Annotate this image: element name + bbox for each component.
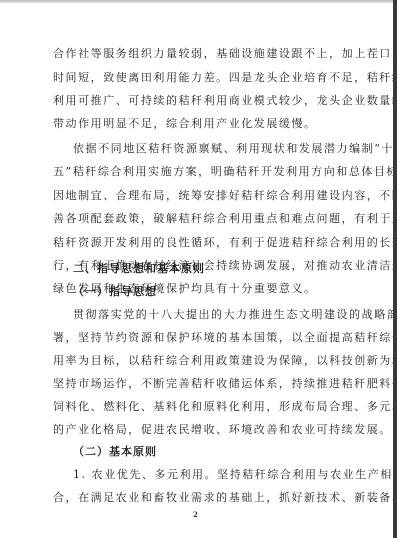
body-text-line: 的产业化格局，促进农民增收、环境改善和农业可持续发展。 bbox=[53, 423, 343, 437]
page-number: 2 bbox=[193, 510, 198, 519]
body-text-line: 用率为目标，以秸秆综合利用政策建设为保障，以科技创新为动力， bbox=[53, 354, 343, 368]
viewer-right-edge bbox=[393, 0, 397, 538]
subsection-heading: （二）基本原则 bbox=[73, 445, 363, 459]
body-text-line: 合，在满足农业和畜牧业需求的基础上，抓好新技术、新装备、新 bbox=[53, 491, 343, 505]
subsection-heading: （一）指导思想 bbox=[73, 285, 363, 299]
body-text-line: 署，坚持节约资源和保护环境的基本国策，以全面提高秸秆综合利 bbox=[53, 331, 343, 345]
body-text-line: 1. 农业优先、多元利用。坚持秸秆综合利用与农业生产相结 bbox=[73, 468, 363, 482]
section-heading: 二、指导思想和基本原则 bbox=[73, 262, 363, 276]
body-text-line: 饲料化、燃料化、基料化和原料化利用，形成布局合理、多元利用 bbox=[53, 400, 343, 414]
body-text-line: 贯彻落实党的十八大提出的大力推进生态文明建设的战略部 bbox=[73, 308, 363, 322]
document-page-lower: 二、指导思想和基本原则 （一）指导思想 贯彻落实党的十八大提出的大力推进生态文明… bbox=[0, 3, 393, 538]
body-text-line: 坚持市场运作，不断完善秸秆收储运体系，持续推进秸秆肥料化、 bbox=[53, 377, 343, 391]
